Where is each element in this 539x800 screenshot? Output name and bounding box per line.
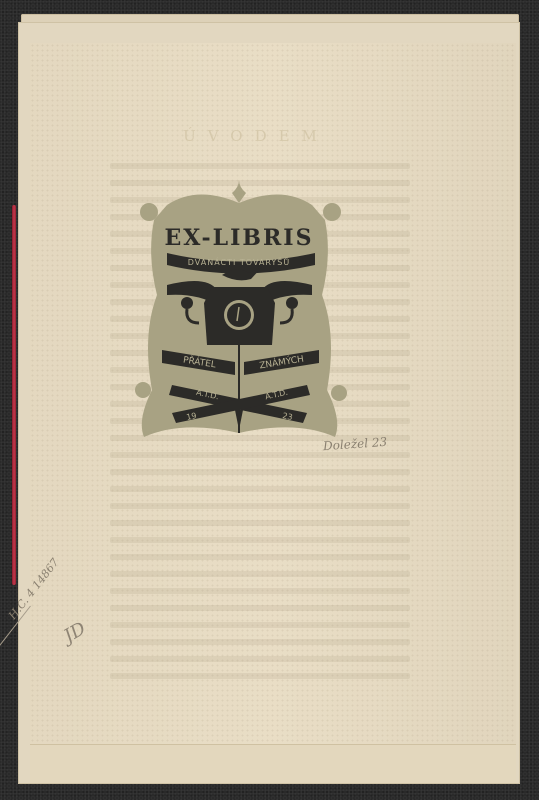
bookplate-title: EX-LIBRIS <box>164 225 313 251</box>
show-through-heading: ÚVODEM <box>156 127 356 145</box>
ex-libris-bookplate: EX-LIBRIS DVANÁCTI TOVARYŠŮ PŘÁTEL ZNÁMÝ… <box>127 175 352 450</box>
svg-text:DVANÁCTI TOVARYŠŮ: DVANÁCTI TOVARYŠŮ <box>188 256 291 267</box>
red-binding-thread <box>12 205 16 585</box>
deckle-edge-bottom <box>30 744 516 783</box>
